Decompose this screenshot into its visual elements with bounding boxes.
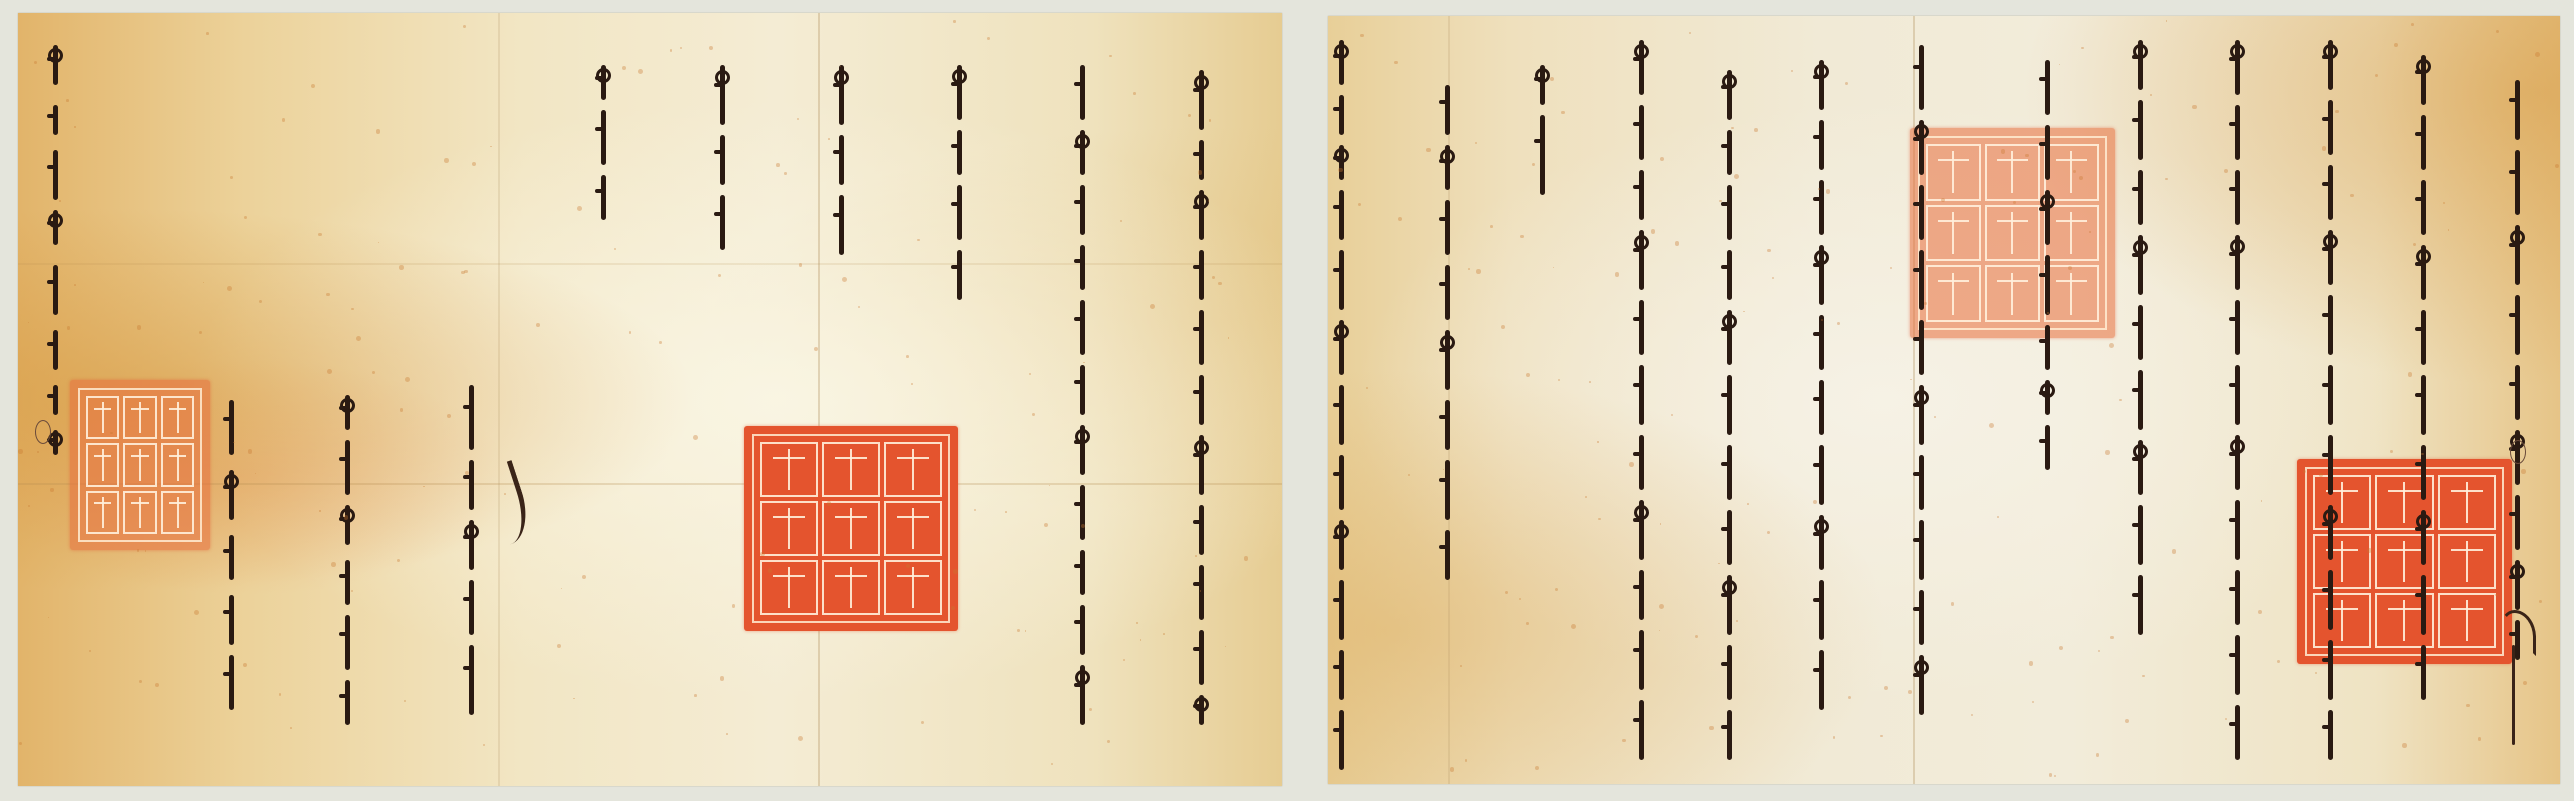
paper-stain — [444, 158, 449, 163]
paper-stain — [2478, 737, 2481, 740]
script-column — [45, 13, 67, 786]
paper-stain — [18, 449, 23, 454]
seal-character-glyph — [1926, 265, 1981, 322]
mongolian-script-word — [1080, 485, 1085, 540]
seal-character-glyph — [884, 442, 942, 497]
mongolian-script-word — [2328, 570, 2333, 630]
paper-stain — [2025, 154, 2029, 158]
paper-stain — [1398, 217, 1402, 221]
paper-stain — [2350, 194, 2354, 198]
script-column — [1719, 16, 1741, 784]
paper-stain — [953, 20, 955, 22]
script-column — [831, 13, 853, 786]
paper-stain — [74, 284, 76, 286]
mongolian-script-word — [229, 470, 234, 520]
paper-stain — [311, 84, 315, 88]
paper-stain — [2443, 202, 2446, 205]
paper-stain — [1598, 518, 1600, 520]
mongolian-script-word — [53, 430, 58, 455]
mongolian-script-word — [2421, 115, 2426, 170]
mongolian-script-word — [1819, 315, 1824, 370]
mongolian-script-word — [229, 655, 234, 710]
mongolian-script-word — [2515, 80, 2520, 140]
paper-stain — [1107, 740, 1110, 743]
paper-stain — [483, 744, 485, 746]
paper-stain — [1443, 469, 1444, 470]
mongolian-script-word — [2138, 170, 2143, 225]
paper-stain — [67, 326, 70, 329]
paper-stain — [19, 742, 22, 745]
paper-stain — [2059, 64, 2060, 65]
paper-stain — [2413, 243, 2416, 246]
signature-stroke — [2512, 645, 2515, 745]
mongolian-script-word — [1919, 45, 1924, 110]
script-column — [1811, 16, 1833, 784]
paper-stain — [1845, 82, 1848, 85]
mongolian-script-word — [1445, 530, 1450, 580]
seal-character-glyph — [86, 396, 119, 439]
mongolian-script-word — [1727, 575, 1732, 635]
mongolian-script-word — [1445, 400, 1450, 450]
paper-stain — [2367, 548, 2372, 553]
paper-stain — [987, 37, 990, 40]
paper-stain — [74, 126, 75, 127]
mongolian-script-word — [2138, 100, 2143, 160]
paper-stain — [1520, 235, 1523, 238]
seal-character-glyph — [2438, 534, 2496, 589]
mongolian-script-word — [53, 105, 58, 135]
mongolian-script-word — [1819, 580, 1824, 640]
paper-stain — [1025, 630, 1026, 631]
mongolian-script-word — [1727, 310, 1732, 365]
paper-stain — [2408, 372, 2413, 377]
red-seal-stamp — [70, 380, 210, 550]
paper-stain — [1589, 381, 1591, 383]
mongolian-script-word — [2235, 570, 2240, 625]
mongolian-script-word — [1919, 655, 1924, 715]
paper-stain — [1558, 379, 1560, 381]
paper-stain — [1671, 414, 1673, 416]
paper-stain — [1017, 629, 1020, 632]
seal-script-characters — [1918, 136, 2107, 330]
paper-stain — [2521, 469, 2525, 473]
paper-stain — [2303, 470, 2306, 473]
paper-stain — [1200, 590, 1201, 591]
paper-stain — [356, 336, 361, 341]
mongolian-script-word — [1727, 130, 1732, 175]
mongolian-script-word — [2421, 510, 2426, 565]
mongolian-script-word — [1445, 330, 1450, 390]
mongolian-script-word — [1919, 455, 1924, 510]
mongolian-script-word — [2515, 495, 2520, 550]
paper-stain — [670, 49, 673, 52]
mongolian-script-word — [2328, 640, 2333, 700]
paper-stain — [582, 575, 587, 580]
mongolian-script-word — [720, 65, 725, 125]
mongolian-script-word — [2328, 165, 2333, 220]
mongolian-script-word — [1339, 455, 1344, 510]
paper-stain — [243, 663, 247, 667]
mongolian-script-word — [1080, 365, 1085, 415]
paper-stain — [2319, 473, 2323, 477]
script-column — [221, 13, 243, 786]
mongolian-script-word — [1339, 580, 1344, 640]
paper-stain — [327, 369, 332, 374]
mongolian-script-word — [1199, 70, 1204, 130]
paper-stain — [1163, 633, 1165, 635]
paper-stain — [472, 162, 476, 166]
paper-stain — [1123, 659, 1125, 661]
oval-archive-mark-icon — [2510, 440, 2526, 464]
paper-stain — [319, 510, 320, 511]
mongolian-script-word — [53, 210, 58, 245]
mongolian-script-word — [2328, 435, 2333, 495]
mongolian-script-word — [1080, 300, 1085, 355]
mongolian-script-word — [2045, 325, 2050, 370]
paper-stain — [1585, 496, 1587, 498]
paper-stain — [405, 377, 410, 382]
paper-stain — [680, 47, 683, 50]
paper-stain — [1767, 249, 1770, 252]
mongolian-script-word — [469, 645, 474, 715]
paper-stain — [1951, 602, 1955, 606]
mongolian-script-word — [2421, 55, 2426, 105]
seal-character-glyph — [760, 442, 818, 497]
script-column — [1911, 16, 1933, 784]
mongolian-script-word — [1339, 650, 1344, 700]
script-column — [593, 13, 615, 786]
paper-stain — [1890, 267, 1892, 269]
paper-stain — [1651, 229, 1655, 233]
paper-stain — [2535, 52, 2540, 57]
paper-stain — [1032, 413, 1036, 417]
paper-stain — [2105, 450, 2109, 454]
mongolian-script-word — [2328, 230, 2333, 285]
paper-stain — [331, 562, 336, 567]
paper-stain — [953, 569, 958, 574]
seal-character-glyph — [123, 491, 156, 534]
mongolian-script-word — [1339, 320, 1344, 375]
paper-stain — [1848, 696, 1852, 700]
paper-stain — [1109, 55, 1111, 57]
mongolian-script-word — [1639, 300, 1644, 355]
paper-stain — [447, 414, 451, 418]
paper-stain — [1244, 556, 1248, 560]
paper-stain — [2402, 743, 2406, 747]
mongolian-script-word — [720, 135, 725, 185]
mongolian-script-word — [1819, 120, 1824, 170]
paper-stain — [1526, 373, 1530, 377]
paper-stain — [2261, 500, 2263, 502]
mongolian-script-word — [1819, 380, 1824, 435]
paper-stain — [921, 721, 924, 724]
paper-stain — [720, 676, 724, 680]
mongolian-script-word — [2045, 380, 2050, 415]
paper-stain — [397, 559, 400, 562]
mongolian-script-word — [1199, 435, 1204, 495]
paper-stain — [244, 216, 247, 219]
paper-stain — [573, 698, 575, 700]
mongolian-script-word — [1540, 65, 1545, 105]
paper-stain — [2335, 110, 2338, 113]
paper-stain — [28, 505, 30, 507]
paper-stain — [732, 604, 736, 608]
paper-stain — [255, 473, 256, 474]
mongolian-script-word — [1339, 145, 1344, 180]
mongolian-script-word — [1339, 385, 1344, 445]
mongolian-script-word — [1727, 710, 1732, 760]
mongolian-script-word — [1199, 310, 1204, 365]
paper-stain — [2047, 312, 2048, 313]
red-seal-stamp — [1910, 128, 2115, 338]
mongolian-script-word — [1639, 700, 1644, 760]
paper-stain — [400, 408, 404, 412]
seal-character-glyph — [760, 501, 818, 556]
mongolian-script-word — [1445, 145, 1450, 190]
mongolian-script-word — [345, 560, 350, 605]
mongolian-script-word — [1445, 200, 1450, 255]
paper-stain — [2119, 399, 2121, 401]
paper-stain — [2096, 753, 2100, 757]
paper-stain — [206, 32, 209, 35]
mongolian-script-word — [1727, 510, 1732, 565]
mongolian-script-word — [345, 615, 350, 670]
paper-stain — [1675, 241, 1679, 245]
mongolian-script-word — [1080, 605, 1085, 655]
mongolian-script-word — [1199, 565, 1204, 620]
paper-stain — [1659, 630, 1660, 631]
mongolian-script-word — [53, 330, 58, 370]
mongolian-script-word — [1339, 40, 1344, 85]
mongolian-script-word — [345, 395, 350, 430]
mongolian-script-word — [2235, 500, 2240, 560]
mongolian-script-word — [1919, 120, 1924, 175]
mongolian-script-word — [1819, 180, 1824, 235]
paper-stain — [1029, 373, 1031, 375]
mongolian-script-word — [2235, 235, 2240, 290]
mongolian-script-word — [1080, 65, 1085, 120]
paper-stain — [887, 529, 889, 531]
paper-stain — [1622, 739, 1626, 743]
paper-stain — [66, 99, 69, 102]
mongolian-script-word — [2421, 575, 2426, 635]
paper-stain — [89, 650, 91, 652]
mongolian-script-word — [1727, 645, 1732, 700]
paper-stain — [2258, 610, 2262, 614]
paper-stain — [1366, 387, 1368, 389]
paper-stain — [372, 371, 375, 374]
mongolian-script-word — [1819, 60, 1824, 110]
paper-stain — [797, 118, 799, 120]
mongolian-script-word — [1639, 435, 1644, 490]
mongolian-script-word — [2235, 105, 2240, 160]
paper-stain — [1476, 269, 1480, 273]
mongolian-script-word — [1339, 190, 1344, 240]
seal-character-glyph — [161, 443, 194, 486]
mongolian-script-word — [345, 440, 350, 495]
mongolian-script-word — [53, 265, 58, 315]
mongolian-script-word — [1339, 95, 1344, 135]
paper-stain — [798, 736, 803, 741]
paper-stain — [1772, 277, 1774, 279]
mongolian-script-word — [2515, 295, 2520, 355]
paper-stain — [1989, 423, 1994, 428]
script-column — [2320, 16, 2342, 784]
paper-stain — [2142, 675, 2145, 678]
paper-stain — [776, 163, 780, 167]
seal-character-glyph — [86, 443, 119, 486]
paper-stain — [1924, 302, 1927, 305]
mongolian-script-word — [1819, 445, 1824, 505]
mongolian-script-word — [1727, 185, 1732, 240]
script-column — [2507, 16, 2529, 784]
paper-stain — [1212, 276, 1215, 279]
paper-stain — [2150, 94, 2152, 96]
mongolian-script-word — [1639, 40, 1644, 95]
paper-stain — [2496, 30, 2499, 33]
paper-stain — [230, 176, 233, 179]
paper-stain — [28, 322, 29, 323]
script-column — [2130, 16, 2152, 784]
paper-stain — [1695, 635, 1698, 638]
paper-stain — [2421, 453, 2424, 456]
script-column — [1532, 16, 1554, 784]
mongolian-script-word — [1819, 515, 1824, 570]
paper-stain — [1818, 188, 1820, 190]
mongolian-script-word — [601, 65, 606, 100]
paper-stain — [351, 308, 353, 310]
paper-stain — [659, 341, 662, 344]
paper-stain — [378, 242, 379, 243]
mongolian-script-word — [2328, 40, 2333, 90]
mongolian-script-word — [2515, 150, 2520, 215]
paper-stain — [1791, 70, 1793, 72]
paper-stain — [1465, 759, 1468, 762]
mongolian-script-word — [1919, 520, 1924, 580]
mongolian-script-word — [957, 65, 962, 120]
paper-stain — [2109, 343, 2114, 348]
mongolian-script-word — [2328, 505, 2333, 560]
mongolian-script-word — [1080, 185, 1085, 235]
mongolian-script-word — [1639, 105, 1644, 160]
mongolian-script-word — [1819, 245, 1824, 305]
paper-stain — [59, 200, 61, 202]
paper-stain — [1689, 32, 1691, 34]
mongolian-script-word — [2421, 645, 2426, 700]
mongolian-script-word — [53, 150, 58, 200]
mongolian-script-word — [2235, 705, 2240, 760]
paper-stain — [2277, 660, 2280, 663]
paper-stain — [50, 488, 53, 491]
paper-stain — [1468, 268, 1470, 270]
paper-stain — [622, 66, 626, 70]
paper-stain — [1555, 588, 1558, 591]
mongolian-script-word — [1199, 375, 1204, 425]
seal-character-glyph — [884, 560, 942, 615]
paper-stain — [906, 355, 909, 358]
paper-stain — [614, 248, 616, 250]
mongolian-script-word — [601, 175, 606, 220]
mongolian-script-word — [601, 110, 606, 165]
paper-stain — [34, 61, 38, 65]
paper-stain — [768, 568, 772, 572]
paper-stain — [858, 306, 860, 308]
mongolian-script-word — [1339, 250, 1344, 310]
seal-script-characters — [78, 388, 202, 542]
mongolian-script-word — [2421, 310, 2426, 365]
paper-stain — [906, 564, 910, 568]
mongolian-script-word — [1540, 115, 1545, 195]
paper-stain — [1971, 714, 1974, 717]
paper-stain — [784, 172, 787, 175]
script-column — [949, 13, 971, 786]
paper-stain — [1826, 189, 1830, 193]
paper-stain — [1150, 304, 1155, 309]
paper-stain — [279, 693, 281, 695]
paper-stain — [1394, 61, 1398, 65]
mongolian-script-word — [2045, 190, 2050, 245]
paper-stain — [1880, 735, 1883, 738]
mongolian-script-word — [1727, 250, 1732, 300]
paper-stain — [1505, 591, 1508, 594]
mongolian-script-word — [1445, 85, 1450, 135]
paper-stain — [917, 239, 920, 242]
mongolian-script-word — [1445, 460, 1450, 520]
mongolian-script-word — [2138, 505, 2143, 565]
paper-stain — [1120, 220, 1122, 222]
paper-stain — [1934, 416, 1936, 418]
paper-stain — [2539, 600, 2542, 603]
seal-character-glyph — [2438, 475, 2496, 530]
paper-stain — [1837, 322, 1840, 325]
paper-stain — [629, 331, 632, 334]
mongolian-script-word — [2515, 365, 2520, 420]
seal-character-glyph — [1985, 144, 2040, 201]
paper-stain — [2448, 229, 2449, 230]
paper-stain — [1081, 524, 1085, 528]
paper-stain — [1754, 128, 1758, 132]
paper-stain — [1659, 604, 1664, 609]
mongolian-script-word — [469, 580, 474, 635]
paper-stain — [1833, 736, 1836, 739]
script-column — [2227, 16, 2249, 784]
mongolian-script-word — [2328, 100, 2333, 155]
mongolian-script-word — [957, 250, 962, 300]
mongolian-script-word — [229, 400, 234, 455]
paper-stain — [1519, 598, 1521, 600]
paper-stain — [1136, 622, 1137, 623]
seal-character-glyph — [1985, 265, 2040, 322]
paper-stain — [2166, 20, 2168, 22]
seal-character-glyph — [123, 396, 156, 439]
paper-stain — [1535, 766, 1539, 770]
paper-stain — [2394, 43, 2398, 47]
paper-stain — [1218, 282, 1222, 286]
paper-stain — [577, 206, 582, 211]
mongolian-script-word — [2138, 40, 2143, 90]
mongolian-script-word — [469, 520, 474, 570]
mongolian-script-word — [2515, 560, 2520, 610]
paper-stain — [638, 69, 643, 74]
mongolian-script-word — [1199, 695, 1204, 725]
paper-stain — [1005, 511, 1007, 513]
mongolian-script-word — [1445, 265, 1450, 320]
seal-character-glyph — [123, 443, 156, 486]
paper-fold-line — [818, 13, 820, 786]
paper-stain — [1051, 763, 1054, 766]
mongolian-script-word — [1199, 505, 1204, 555]
script-column — [2037, 16, 2059, 784]
